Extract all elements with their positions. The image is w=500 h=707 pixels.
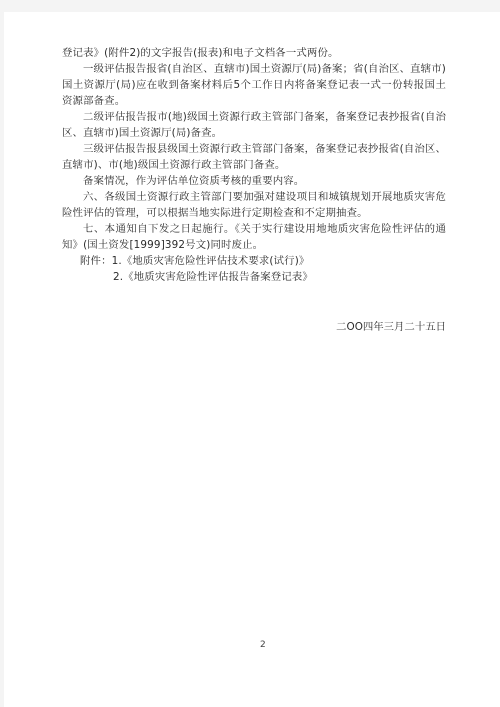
document-page: 登记表》(附件2)的文字报告(报表)和电子文档各一式两份。 一级评估报告报省(自… <box>4 12 500 707</box>
paragraph-section-seven: 七、本通知自下发之日起施行。《关于实行建设用地地质灾害危险性评估的通知》(国土资… <box>62 221 446 253</box>
paragraph-section-six: 六、各级国土资源行政主管部门要加强对建设项目和城镇规划开展地质灾害危险性评估的管… <box>62 189 446 221</box>
attachment-title-1: 1.《地质灾害危险性评估技术要求(试行)》 <box>112 255 310 267</box>
attachment-item-2: 2.《地质灾害危险性评估报告备案登记表》 <box>62 269 446 285</box>
attachment-title-2: 2.《地质灾害危险性评估报告备案登记表》 <box>113 271 313 283</box>
paragraph-filing-status: 备案情况，作为评估单位资质考核的重要内容。 <box>62 173 446 189</box>
attachment-item-1: 附件：1.《地质灾害危险性评估技术要求(试行)》 <box>62 253 446 269</box>
document-body: 登记表》(附件2)的文字报告(报表)和电子文档各一式两份。 一级评估报告报省(自… <box>62 45 446 285</box>
paragraph-level-one-report: 一级评估报告报省(自治区、直辖市)国土资源厅(局)备案；省(自治区、直辖市)国土… <box>62 61 446 109</box>
paragraph-registration-copies: 登记表》(附件2)的文字报告(报表)和电子文档各一式两份。 <box>62 45 446 61</box>
paragraph-level-three-report: 三级评估报告报县级国土资源行政主管部门备案，备案登记表抄报省(自治区、直辖市)、… <box>62 141 446 173</box>
attachment-label: 附件： <box>80 255 112 267</box>
page-number: 2 <box>260 639 266 651</box>
document-date: 二OO四年三月二十五日 <box>336 319 446 335</box>
paragraph-level-two-report: 二级评估报告报市(地)级国土资源行政主管部门备案，备案登记表抄报省(自治区、直辖… <box>62 109 446 141</box>
